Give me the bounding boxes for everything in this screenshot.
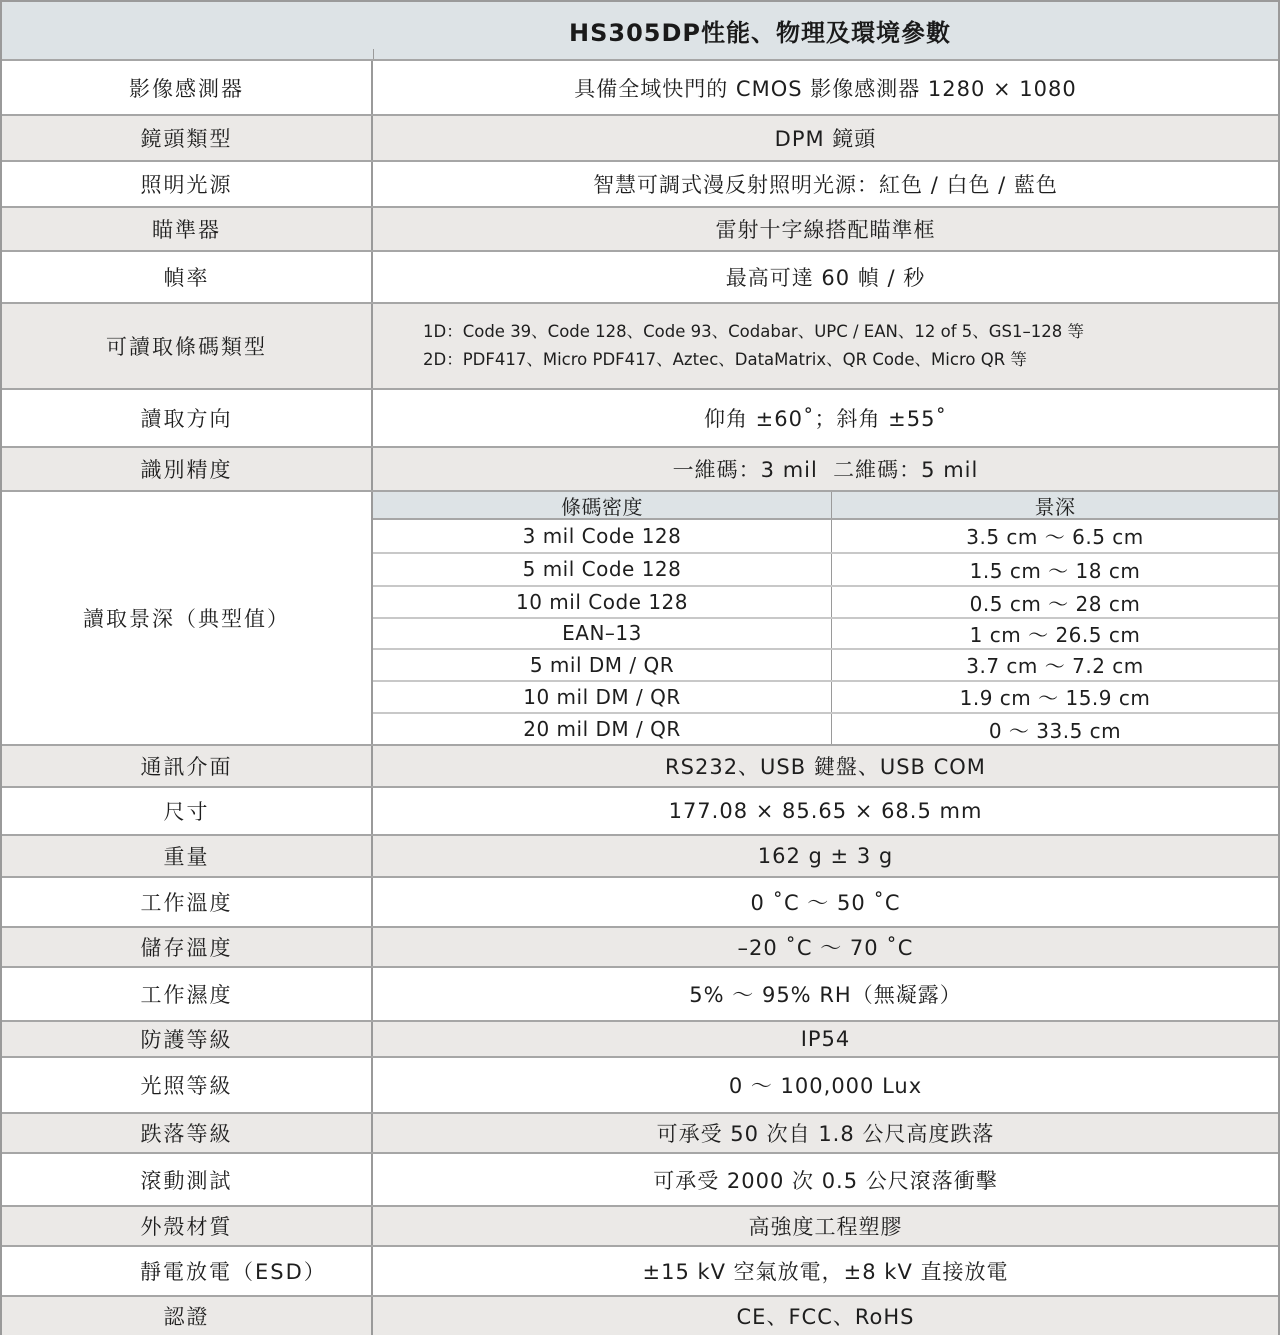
row-value: CE、FCC、RoHS [373,1297,1278,1335]
row-label: 讀取方向 [2,390,373,446]
table-row: 儲存溫度 –20 ˚C ～ 70 ˚C [2,928,1278,968]
table-row: 讀取方向 仰角 ±60˚；斜角 ±55˚ [2,390,1278,448]
row-value: 一維碼：3 mil 二維碼：5 mil [373,448,1278,490]
table-row: 識別精度 一維碼：3 mil 二維碼：5 mil [2,448,1278,492]
dof-row: EAN–13 1 cm ～ 26.5 cm [373,619,1278,650]
table-row: 通訊介面 RS232、USB 鍵盤、USB COM [2,746,1278,788]
table-row: 重量 162 g ± 3 g [2,836,1278,878]
table-row: 工作濕度 5% ～ 95% RH（無凝露） [2,968,1278,1022]
row-label: 光照等級 [2,1058,373,1112]
row-value: 高強度工程塑膠 [373,1207,1278,1245]
row-value: 0 ˚C ～ 50 ˚C [373,878,1278,926]
row-value: 仰角 ±60˚；斜角 ±55˚ [373,390,1278,446]
dof-density: EAN–13 [373,619,832,648]
row-value: 智慧可調式漫反射照明光源：紅色 / 白色 / 藍色 [373,162,1278,206]
row-label: 滾動測試 [2,1154,373,1205]
table-title: HS305DP性能、物理及環境參數 [569,13,951,48]
row-label: 防護等級 [2,1022,373,1056]
row-label: 通訊介面 [2,746,373,786]
dof-row: 3 mil Code 128 3.5 cm ～ 6.5 cm [373,520,1278,554]
row-value: ±15 kV 空氣放電，±8 kV 直接放電 [373,1247,1278,1295]
table-row: 鏡頭類型 DPM 鏡頭 [2,116,1278,162]
table-row: 認證 CE、FCC、RoHS [2,1297,1278,1335]
row-value: 雷射十字線搭配瞄準框 [373,208,1278,250]
row-label: 工作溫度 [2,878,373,926]
row-label: 認證 [2,1297,373,1335]
table-row: 幀率 最高可達 60 幀 / 秒 [2,252,1278,304]
dof-density: 10 mil Code 128 [373,587,832,617]
row-value: 162 g ± 3 g [373,836,1278,876]
dof-depth: 1.5 cm ～ 18 cm [832,554,1278,586]
table-row: 可讀取條碼類型 1D：Code 39、Code 128、Code 93、Coda… [2,304,1278,390]
row-label: 鏡頭類型 [2,116,373,160]
table-row: 滾動測試 可承受 2000 次 0.5 公尺滾落衝擊 [2,1154,1278,1207]
row-label: 重量 [2,836,373,876]
dof-depth: 1.9 cm ～ 15.9 cm [832,682,1278,713]
dof-depth: 3.7 cm ～ 7.2 cm [832,650,1278,680]
dof-depth: 0.5 cm ～ 28 cm [832,587,1278,617]
table-title-row: HS305DP性能、物理及環境參數 [2,2,1278,61]
row-value: 可承受 50 次自 1.8 公尺高度跌落 [373,1114,1278,1152]
dof-depth: 1 cm ～ 26.5 cm [832,619,1278,648]
table-row: 外殼材質 高強度工程塑膠 [2,1207,1278,1247]
row-label: 幀率 [2,252,373,302]
row-label: 識別精度 [2,448,373,490]
barcode-types-2d: 2D：PDF417、Micro PDF417、Aztec、DataMatrix、… [423,346,1027,374]
table-row: 跌落等級 可承受 50 次自 1.8 公尺高度跌落 [2,1114,1278,1154]
table-row: 光照等級 0 ～ 100,000 Lux [2,1058,1278,1114]
depth-of-field-table: 條碼密度 景深 3 mil Code 128 3.5 cm ～ 6.5 cm 5… [373,492,1278,744]
row-value: 具備全域快門的 CMOS 影像感測器 1280 × 1080 [373,61,1278,114]
row-value: 可承受 2000 次 0.5 公尺滾落衝擊 [373,1154,1278,1205]
row-label: 照明光源 [2,162,373,206]
dof-depth: 0 ～ 33.5 cm [832,714,1278,744]
row-label: 尺寸 [2,788,373,834]
row-label: 可讀取條碼類型 [2,304,373,388]
dof-header-density: 條碼密度 [373,492,832,518]
table-row: 瞄準器 雷射十字線搭配瞄準框 [2,208,1278,252]
dof-row: 10 mil DM / QR 1.9 cm ～ 15.9 cm [373,682,1278,715]
dof-header-depth: 景深 [832,492,1278,518]
table-row: 防護等級 IP54 [2,1022,1278,1058]
row-label: 跌落等級 [2,1114,373,1152]
depth-of-field-row: 讀取景深（典型值） 條碼密度 景深 3 mil Code 128 3.5 cm … [2,492,1278,746]
dof-density: 5 mil Code 128 [373,554,832,586]
row-label: 工作濕度 [2,968,373,1020]
spec-table: HS305DP性能、物理及環境參數 影像感測器 具備全域快門的 CMOS 影像感… [0,0,1280,1335]
dof-row: 20 mil DM / QR 0 ～ 33.5 cm [373,714,1278,744]
row-value: RS232、USB 鍵盤、USB COM [373,746,1278,786]
barcode-types-value: 1D：Code 39、Code 128、Code 93、Codabar、UPC … [373,304,1278,388]
dof-density: 10 mil DM / QR [373,682,832,713]
row-value: 177.08 × 85.65 × 68.5 mm [373,788,1278,834]
dof-depth: 3.5 cm ～ 6.5 cm [832,520,1278,552]
dof-row: 5 mil Code 128 1.5 cm ～ 18 cm [373,554,1278,588]
row-value: 0 ～ 100,000 Lux [373,1058,1278,1112]
dof-density: 5 mil DM / QR [373,650,832,680]
row-label: 靜電放電（ESD） [2,1247,373,1295]
row-value: IP54 [373,1022,1278,1056]
row-label: 讀取景深（典型值） [2,492,373,744]
dof-density: 20 mil DM / QR [373,714,832,744]
table-row: 照明光源 智慧可調式漫反射照明光源：紅色 / 白色 / 藍色 [2,162,1278,208]
table-row: 尺寸 177.08 × 85.65 × 68.5 mm [2,788,1278,836]
row-label: 影像感測器 [2,61,373,114]
table-row: 影像感測器 具備全域快門的 CMOS 影像感測器 1280 × 1080 [2,61,1278,116]
dof-row: 10 mil Code 128 0.5 cm ～ 28 cm [373,587,1278,619]
table-row: 工作溫度 0 ˚C ～ 50 ˚C [2,878,1278,928]
dof-density: 3 mil Code 128 [373,520,832,552]
divider [373,49,374,59]
table-row: 靜電放電（ESD） ±15 kV 空氣放電，±8 kV 直接放電 [2,1247,1278,1297]
row-label: 外殼材質 [2,1207,373,1245]
dof-row: 5 mil DM / QR 3.7 cm ～ 7.2 cm [373,650,1278,682]
row-value: DPM 鏡頭 [373,116,1278,160]
row-value: 5% ～ 95% RH（無凝露） [373,968,1278,1020]
row-label: 儲存溫度 [2,928,373,966]
row-label: 瞄準器 [2,208,373,250]
dof-header: 條碼密度 景深 [373,492,1278,520]
row-value: –20 ˚C ～ 70 ˚C [373,928,1278,966]
barcode-types-1d: 1D：Code 39、Code 128、Code 93、Codabar、UPC … [423,318,1084,346]
row-value: 最高可達 60 幀 / 秒 [373,252,1278,302]
